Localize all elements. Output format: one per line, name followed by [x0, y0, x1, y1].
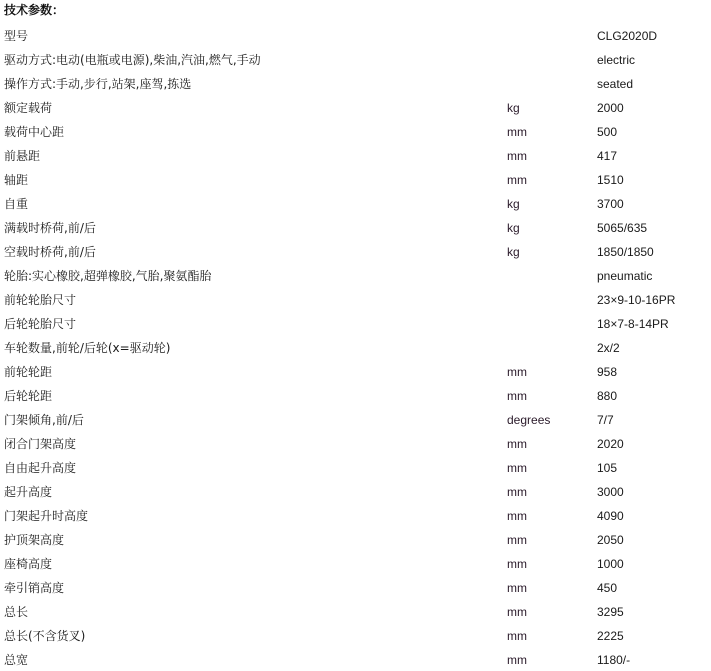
- spec-label: 后轮轮胎尺寸: [4, 312, 76, 336]
- spec-label: 驱动方式:电动(电瓶或电源),柴油,汽油,燃气,手动: [4, 48, 261, 72]
- spec-row-rated-load: 额定载荷 kg 2000: [0, 96, 711, 120]
- spec-row-wheelbase: 轴距 mm 1510: [0, 168, 711, 192]
- spec-unit: mm: [507, 144, 527, 168]
- spec-value: 500: [597, 120, 617, 144]
- spec-label: 闭合门架高度: [4, 432, 76, 456]
- spec-unit: kg: [507, 240, 520, 264]
- spec-unit: mm: [507, 504, 527, 528]
- spec-unit: mm: [507, 456, 527, 480]
- spec-label: 牵引销高度: [4, 576, 64, 600]
- spec-value: 1000: [597, 552, 624, 576]
- spec-value: 3700: [597, 192, 624, 216]
- spec-label: 护顶架高度: [4, 528, 64, 552]
- spec-row-self-weight: 自重 kg 3700: [0, 192, 711, 216]
- spec-label: 轮胎:实心橡胶,超弹橡胶,气胎,聚氨酯胎: [4, 264, 212, 288]
- section-title: 技术参数：: [4, 2, 64, 18]
- spec-row-length-to-fork-face: 总长(不含货叉) mm 2225: [0, 624, 711, 648]
- spec-label: 满载时桥荷,前/后: [4, 216, 96, 240]
- spec-unit: mm: [507, 648, 527, 671]
- spec-label: 前轮轮胎尺寸: [4, 288, 76, 312]
- spec-value: 18×7-8-14PR: [597, 312, 669, 336]
- spec-row-operation: 操作方式:手动,步行,站架,座驾,拣选 seated: [0, 72, 711, 96]
- spec-row-mast-lowered-height: 闭合门架高度 mm 2020: [0, 432, 711, 456]
- spec-value: 3000: [597, 480, 624, 504]
- spec-label: 轴距: [4, 168, 28, 192]
- spec-value: 5065/635: [597, 216, 647, 240]
- spec-row-overall-width: 总宽 mm 1180/-: [0, 648, 711, 671]
- spec-label: 门架起升时高度: [4, 504, 88, 528]
- spec-row-model: 型号 CLG2020D: [0, 24, 711, 48]
- spec-label: 车轮数量,前轮/后轮(x=驱动轮): [4, 336, 170, 360]
- spec-value: 3295: [597, 600, 624, 624]
- spec-value: seated: [597, 72, 633, 96]
- spec-unit: mm: [507, 360, 527, 384]
- spec-label: 起升高度: [4, 480, 52, 504]
- spec-value: pneumatic: [597, 264, 652, 288]
- spec-row-mast-tilt: 门架倾角,前/后 degrees 7/7: [0, 408, 711, 432]
- spec-unit: mm: [507, 480, 527, 504]
- spec-label: 额定载荷: [4, 96, 52, 120]
- spec-unit: mm: [507, 432, 527, 456]
- spec-row-load-center: 载荷中心距 mm 500: [0, 120, 711, 144]
- spec-row-drive: 驱动方式:电动(电瓶或电源),柴油,汽油,燃气,手动 electric: [0, 48, 711, 72]
- spec-unit: mm: [507, 600, 527, 624]
- spec-unit: mm: [507, 552, 527, 576]
- spec-label: 自重: [4, 192, 28, 216]
- spec-value: electric: [597, 48, 635, 72]
- spec-label: 载荷中心距: [4, 120, 64, 144]
- spec-value: 958: [597, 360, 617, 384]
- spec-row-front-tyre-size: 前轮轮胎尺寸 23×9-10-16PR: [0, 288, 711, 312]
- spec-value: 450: [597, 576, 617, 600]
- spec-value: CLG2020D: [597, 24, 657, 48]
- spec-unit: mm: [507, 120, 527, 144]
- spec-unit: mm: [507, 168, 527, 192]
- spec-value: 1850/1850: [597, 240, 654, 264]
- spec-label: 自由起升高度: [4, 456, 76, 480]
- spec-table: 型号 CLG2020D 驱动方式:电动(电瓶或电源),柴油,汽油,燃气,手动 e…: [0, 24, 711, 671]
- spec-unit: mm: [507, 624, 527, 648]
- spec-value: 1180/-: [597, 648, 630, 671]
- spec-row-overhead-guard-height: 护顶架高度 mm 2050: [0, 528, 711, 552]
- spec-label: 总长(不含货叉): [4, 624, 85, 648]
- spec-row-mast-extended-height: 门架起升时高度 mm 4090: [0, 504, 711, 528]
- spec-row-tyres: 轮胎:实心橡胶,超弹橡胶,气胎,聚氨酯胎 pneumatic: [0, 264, 711, 288]
- spec-value: 2225: [597, 624, 624, 648]
- spec-value: 4090: [597, 504, 624, 528]
- spec-row-free-lift: 自由起升高度 mm 105: [0, 456, 711, 480]
- spec-unit: degrees: [507, 408, 550, 432]
- spec-label: 型号: [4, 24, 28, 48]
- spec-row-rear-tyre-size: 后轮轮胎尺寸 18×7-8-14PR: [0, 312, 711, 336]
- spec-row-front-overhang: 前悬距 mm 417: [0, 144, 711, 168]
- spec-label: 总宽: [4, 648, 28, 671]
- spec-unit: mm: [507, 528, 527, 552]
- spec-value: 7/7: [597, 408, 614, 432]
- spec-value: 880: [597, 384, 617, 408]
- spec-label: 前悬距: [4, 144, 40, 168]
- spec-label: 门架倾角,前/后: [4, 408, 84, 432]
- spec-row-rear-track: 后轮轮距 mm 880: [0, 384, 711, 408]
- spec-value: 2000: [597, 96, 624, 120]
- spec-value: 23×9-10-16PR: [597, 288, 675, 312]
- spec-unit: mm: [507, 384, 527, 408]
- spec-value: 2050: [597, 528, 624, 552]
- spec-unit: kg: [507, 192, 520, 216]
- spec-row-overall-length: 总长 mm 3295: [0, 600, 711, 624]
- spec-row-front-track: 前轮轮距 mm 958: [0, 360, 711, 384]
- spec-row-towing-pin-height: 牵引销高度 mm 450: [0, 576, 711, 600]
- spec-unit: kg: [507, 96, 520, 120]
- spec-label: 操作方式:手动,步行,站架,座驾,拣选: [4, 72, 191, 96]
- spec-unit: mm: [507, 576, 527, 600]
- spec-label: 座椅高度: [4, 552, 52, 576]
- spec-value: 417: [597, 144, 617, 168]
- spec-label: 后轮轮距: [4, 384, 52, 408]
- spec-row-axle-load-laden: 满载时桥荷,前/后 kg 5065/635: [0, 216, 711, 240]
- spec-value: 1510: [597, 168, 624, 192]
- spec-label: 前轮轮距: [4, 360, 52, 384]
- spec-value: 2020: [597, 432, 624, 456]
- spec-row-seat-height: 座椅高度 mm 1000: [0, 552, 711, 576]
- spec-row-axle-load-unladen: 空载时桥荷,前/后 kg 1850/1850: [0, 240, 711, 264]
- spec-unit: kg: [507, 216, 520, 240]
- spec-label: 总长: [4, 600, 28, 624]
- spec-row-lift-height: 起升高度 mm 3000: [0, 480, 711, 504]
- spec-label: 空载时桥荷,前/后: [4, 240, 96, 264]
- spec-value: 105: [597, 456, 617, 480]
- spec-value: 2x/2: [597, 336, 620, 360]
- spec-row-wheel-count: 车轮数量,前轮/后轮(x=驱动轮) 2x/2: [0, 336, 711, 360]
